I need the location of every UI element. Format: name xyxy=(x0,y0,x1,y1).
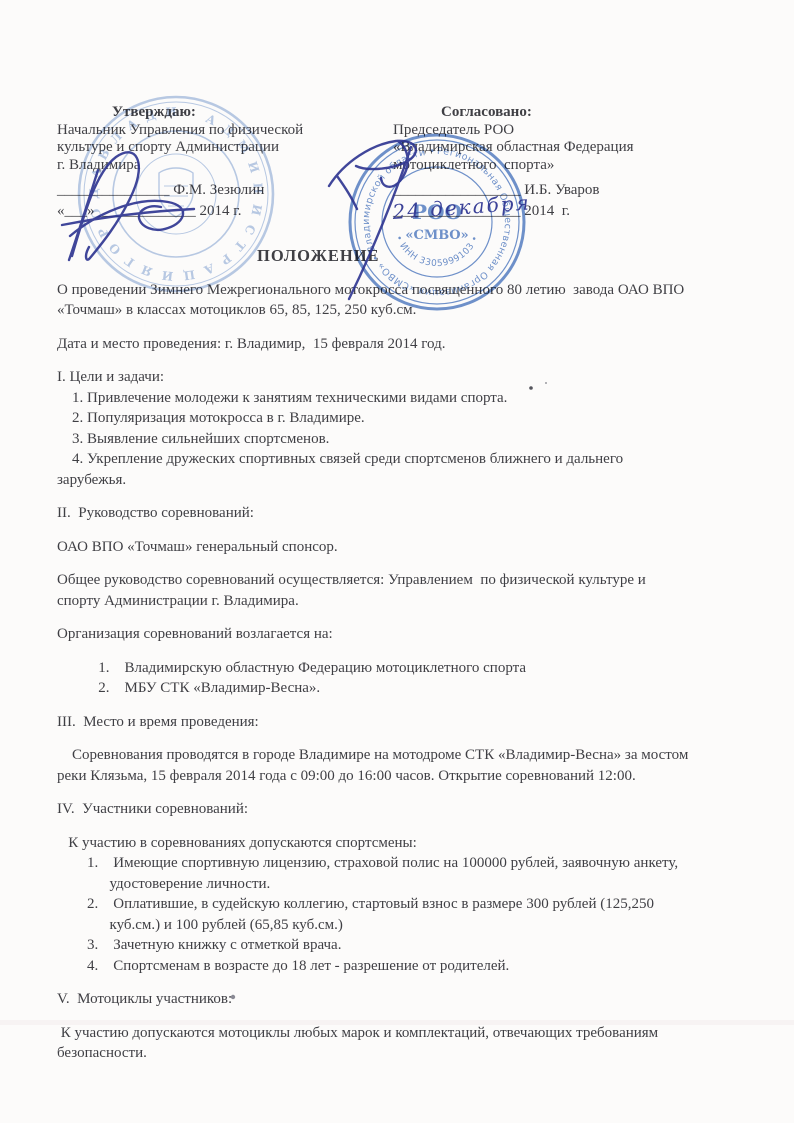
participant-item-wrap: удостоверение личности. xyxy=(57,874,747,895)
management-line: спорту Администрации г. Владимира. xyxy=(57,591,747,612)
venue-paragraph: Соревнования проводятся в городе Владими… xyxy=(57,745,747,786)
organizer-item: 2. МБУ СТК «Владимир-Весна». xyxy=(57,678,747,699)
management-line: Общее руководство соревнований осуществл… xyxy=(57,570,747,591)
section-1-heading: I. Цели и задачи: xyxy=(57,367,747,388)
section-heading-text: II. Руководство соревнований: xyxy=(57,503,747,524)
goals-list: 1. Привлечение молодежи к занятиям техни… xyxy=(57,388,747,491)
participant-item-wrap: куб.см.) и 100 рублей (65,85 куб.см.) xyxy=(57,915,747,936)
section-heading-text: IV. Участники соревнований: xyxy=(57,799,747,820)
participants-intro-line: К участию в соревнованиях допускаются сп… xyxy=(57,833,747,854)
participant-item: 4. Спортсменам в возрасте до 18 лет - ра… xyxy=(57,956,747,977)
svg-text:А Д М И Н И С Т Р А Ц И Я Г: А Д М И Н И С Т Р А Ц И Я Г О Р О Д А В … xyxy=(68,86,265,283)
scan-streak xyxy=(0,1020,794,1025)
section-2-heading: II. Руководство соревнований: xyxy=(57,503,747,524)
federation-stamp-icon: Региональная Общественная Организация «С… xyxy=(342,127,532,317)
participant-item: 1. Имеющие спортивную лицензию, страхово… xyxy=(57,853,747,874)
organizers-intro-line: Организация соревнований возлагается на: xyxy=(57,624,747,645)
section-heading-text: I. Цели и задачи: xyxy=(57,367,747,388)
agree-label: Согласовано: xyxy=(393,104,747,122)
organizers-intro: Организация соревнований возлагается на: xyxy=(57,624,747,645)
date-place-paragraph: Дата и место проведения: г. Владимир, 15… xyxy=(57,334,747,355)
motorcycles-paragraph: К участию допускаются мотоциклы любых ма… xyxy=(57,1023,747,1064)
section-5-heading: V. Мотоциклы участников: xyxy=(57,989,747,1010)
stamp-center-text: РОО xyxy=(412,200,462,224)
goal-item-wrap: зарубежья. xyxy=(57,470,747,491)
sponsor-paragraph: ОАО ВПО «Точмаш» генеральный спонсор. xyxy=(57,537,747,558)
section-3-heading: III. Место и время проведения: xyxy=(57,712,747,733)
section-heading-text: III. Место и время проведения: xyxy=(57,712,747,733)
participants-intro: К участию в соревнованиях допускаются сп… xyxy=(57,833,747,854)
motorcycles-line: К участию допускаются мотоциклы любых ма… xyxy=(57,1023,747,1044)
participants-list: 1. Имеющие спортивную лицензию, страхово… xyxy=(57,853,747,976)
goal-item: 3. Выявление сильнейших спортсменов. xyxy=(57,429,747,450)
venue-line: реки Клязьма, 15 февраля 2014 года с 09:… xyxy=(57,766,747,787)
date-place-line: Дата и место проведения: г. Владимир, 15… xyxy=(57,334,747,355)
management-paragraph: Общее руководство соревнований осуществл… xyxy=(57,570,747,611)
sponsor-line: ОАО ВПО «Точмаш» генеральный спонсор. xyxy=(57,537,747,558)
goal-item: 1. Привлечение молодежи к занятиям техни… xyxy=(57,388,747,409)
stamp-center-subtext: «СМВО» xyxy=(405,228,468,243)
goal-item: 2. Популяризация мотокросса в г. Владими… xyxy=(57,408,747,429)
stamp-ring-text: А Д М И Н И С Т Р А Ц И Я Г О Р О Д А В … xyxy=(68,86,265,283)
section-4-heading: IV. Участники соревнований: xyxy=(57,799,747,820)
participant-item: 2. Оплатившие, в судейскую коллегию, ста… xyxy=(57,894,747,915)
motorcycles-line: безопасности. xyxy=(57,1043,747,1064)
section-heading-text: V. Мотоциклы участников: xyxy=(57,989,747,1010)
participant-item: 3. Зачетную книжку с отметкой врача. xyxy=(57,935,747,956)
organizers-list: 1. Владимирскую областную Федерацию мото… xyxy=(57,658,747,699)
organizer-item: 1. Владимирскую областную Федерацию мото… xyxy=(57,658,747,679)
venue-line: Соревнования проводятся в городе Владими… xyxy=(57,745,747,766)
city-administration-stamp-icon: А Д М И Н И С Т Р А Ц И Я Г О Р О Д А В … xyxy=(68,86,284,302)
scanned-document-page: Утверждаю: Начальник Управления по физич… xyxy=(0,0,794,1123)
goal-item: 4. Укрепление дружеских спортивных связе… xyxy=(57,449,747,470)
